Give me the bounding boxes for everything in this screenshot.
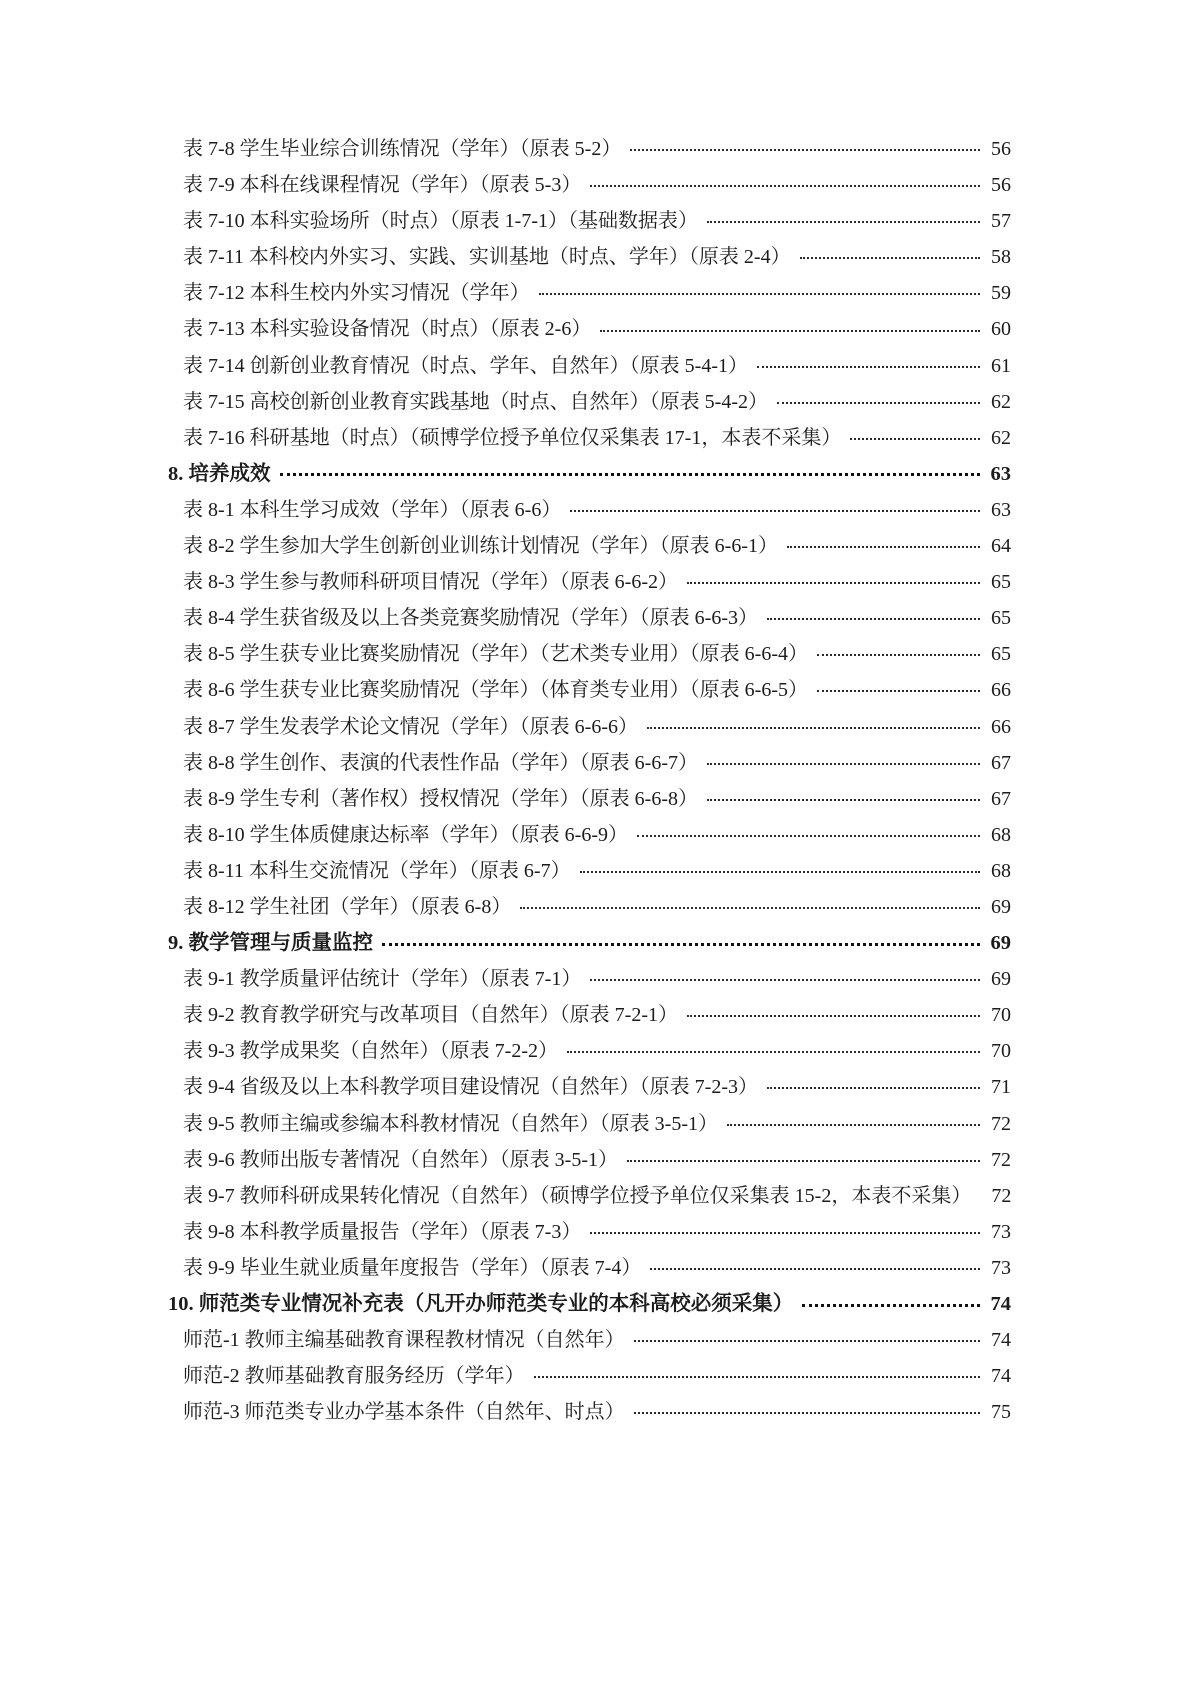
toc-entry: 表 8-4 学生获省级及以上各类竞赛奖励情况（学年）（原表 6-6-3）65 xyxy=(168,600,1011,636)
dot-leader xyxy=(534,1376,980,1378)
dot-leader xyxy=(687,1015,980,1017)
dot-leader xyxy=(727,1124,980,1126)
dot-leader xyxy=(637,835,980,837)
toc-entry-label: 表 7-8 学生毕业综合训练情况（学年）（原表 5-2） xyxy=(183,131,621,167)
toc-entry-label: 表 9-9 毕业生就业质量年度报告（学年）（原表 7-4） xyxy=(183,1250,641,1286)
toc-page-number: 63 xyxy=(987,456,1011,492)
dot-leader xyxy=(382,943,980,946)
dot-leader xyxy=(520,907,980,909)
toc-entry: 表 8-3 学生参与教师科研项目情况（学年）（原表 6-6-2）65 xyxy=(168,564,1011,600)
toc-page-number: 69 xyxy=(987,925,1011,961)
toc-page-number: 72 xyxy=(987,1178,1011,1214)
toc-entry: 表 9-1 教学质量评估统计（学年）（原表 7-1）69 xyxy=(168,961,1011,997)
toc-page-number: 65 xyxy=(987,564,1011,600)
dot-leader xyxy=(817,690,980,692)
dot-leader xyxy=(567,1051,980,1053)
toc-entry-label: 表 8-1 本科生学习成效（学年）（原表 6-6） xyxy=(183,492,561,528)
toc-page-number: 64 xyxy=(987,528,1011,564)
toc-entry: 师范-3 师范类专业办学基本条件（自然年、时点）75 xyxy=(168,1394,1011,1430)
dot-leader xyxy=(580,871,980,873)
dot-leader xyxy=(707,221,980,223)
toc-page-number: 62 xyxy=(987,420,1011,456)
dot-leader xyxy=(757,366,980,368)
toc-entry: 表 7-14 创新创业教育情况（时点、学年、自然年）（原表 5-4-1）61 xyxy=(168,348,1011,384)
toc-page-number: 65 xyxy=(987,636,1011,672)
dot-leader xyxy=(627,1160,980,1162)
dot-leader xyxy=(634,1412,980,1414)
toc-entry-label: 表 9-4 省级及以上本科教学项目建设情况（自然年）（原表 7-2-3） xyxy=(183,1069,758,1105)
toc-entry-label: 表 9-5 教师主编或参编本科教材情况（自然年）（原表 3-5-1） xyxy=(183,1106,718,1142)
toc-entry: 表 7-11 本科校内外实习、实践、实训基地（时点、学年）（原表 2-4）58 xyxy=(168,239,1011,275)
table-of-contents: 表 7-8 学生毕业综合训练情况（学年）（原表 5-2）56表 7-9 本科在线… xyxy=(168,131,1011,1430)
toc-page-number: 60 xyxy=(987,311,1011,347)
dot-leader xyxy=(570,510,980,512)
toc-entry: 表 9-9 毕业生就业质量年度报告（学年）（原表 7-4）73 xyxy=(168,1250,1011,1286)
toc-page-number: 70 xyxy=(987,1033,1011,1069)
toc-entry-label: 表 7-13 本科实验设备情况（时点）（原表 2-6） xyxy=(183,311,591,347)
toc-page-number: 57 xyxy=(987,203,1011,239)
toc-page-number: 74 xyxy=(987,1322,1011,1358)
toc-entry-label: 表 8-6 学生获专业比赛奖励情况（学年）（体育类专业用）（原表 6-6-5） xyxy=(183,672,808,708)
toc-entry: 表 9-4 省级及以上本科教学项目建设情况（自然年）（原表 7-2-3）71 xyxy=(168,1069,1011,1105)
dot-leader xyxy=(707,763,980,765)
toc-page-number: 62 xyxy=(987,384,1011,420)
toc-page-number: 68 xyxy=(987,853,1011,889)
toc-entry: 表 7-15 高校创新创业教育实践基地（时点、自然年）（原表 5-4-2）62 xyxy=(168,384,1011,420)
toc-entry: 表 9-3 教学成果奖（自然年）（原表 7-2-2）70 xyxy=(168,1033,1011,1069)
toc-page-number: 69 xyxy=(987,961,1011,997)
dot-leader xyxy=(817,654,980,656)
toc-entry: 表 8-11 本科生交流情况（学年）（原表 6-7）68 xyxy=(168,853,1011,889)
toc-page-number: 68 xyxy=(987,817,1011,853)
toc-entry: 表 9-8 本科教学质量报告（学年）（原表 7-3）73 xyxy=(168,1214,1011,1250)
toc-entry: 表 8-8 学生创作、表演的代表性作品（学年）（原表 6-6-7）67 xyxy=(168,745,1011,781)
toc-entry: 表 8-10 学生体质健康达标率（学年）（原表 6-6-9）68 xyxy=(168,817,1011,853)
toc-entry-label: 表 8-10 学生体质健康达标率（学年）（原表 6-6-9） xyxy=(183,817,628,853)
toc-entry-label: 表 9-8 本科教学质量报告（学年）（原表 7-3） xyxy=(183,1214,581,1250)
toc-entry: 表 8-1 本科生学习成效（学年）（原表 6-6）63 xyxy=(168,492,1011,528)
toc-entry-label: 表 8-9 学生专利（著作权）授权情况（学年）（原表 6-6-8） xyxy=(183,781,698,817)
toc-entry-label: 表 7-10 本科实验场所（时点）（原表 1-7-1）（基础数据表） xyxy=(183,203,698,239)
toc-section-entry: 10. 师范类专业情况补充表（凡开办师范类专业的本科高校必须采集）74 xyxy=(168,1286,1011,1322)
dot-leader xyxy=(802,1304,980,1307)
toc-entry-label: 师范-2 教师基础教育服务经历（学年） xyxy=(183,1358,525,1394)
dot-leader xyxy=(590,185,980,187)
toc-entry: 表 8-7 学生发表学术论文情况（学年）（原表 6-6-6）66 xyxy=(168,709,1011,745)
toc-entry-label: 表 9-3 教学成果奖（自然年）（原表 7-2-2） xyxy=(183,1033,558,1069)
toc-entry: 表 8-5 学生获专业比赛奖励情况（学年）（艺术类专业用）（原表 6-6-4）6… xyxy=(168,636,1011,672)
toc-entry: 表 7-12 本科生校内外实习情况（学年）59 xyxy=(168,275,1011,311)
toc-page-number: 66 xyxy=(987,709,1011,745)
toc-entry-label: 表 8-2 学生参加大学生创新创业训练计划情况（学年）（原表 6-6-1） xyxy=(183,528,778,564)
toc-entry-label: 表 8-8 学生创作、表演的代表性作品（学年）（原表 6-6-7） xyxy=(183,745,698,781)
toc-entry-label: 表 9-7 教师科研成果转化情况（自然年）（硕博学位授予单位仅采集表 15-2，… xyxy=(183,1178,971,1214)
toc-entry-label: 表 8-4 学生获省级及以上各类竞赛奖励情况（学年）（原表 6-6-3） xyxy=(183,600,758,636)
toc-entry: 表 9-6 教师出版专著情况（自然年）（原表 3-5-1）72 xyxy=(168,1142,1011,1178)
toc-page-number: 56 xyxy=(987,167,1011,203)
toc-entry-label: 表 7-9 本科在线课程情况（学年）（原表 5-3） xyxy=(183,167,581,203)
toc-page-number: 69 xyxy=(987,889,1011,925)
toc-entry-label: 表 9-1 教学质量评估统计（学年）（原表 7-1） xyxy=(183,961,581,997)
toc-page-number: 65 xyxy=(987,600,1011,636)
dot-leader xyxy=(777,402,980,404)
toc-page-number: 73 xyxy=(987,1250,1011,1286)
toc-page-number: 73 xyxy=(987,1214,1011,1250)
toc-page-number: 72 xyxy=(987,1142,1011,1178)
toc-page-number: 67 xyxy=(987,781,1011,817)
toc-entry: 表 7-10 本科实验场所（时点）（原表 1-7-1）（基础数据表）57 xyxy=(168,203,1011,239)
toc-page-number: 58 xyxy=(987,239,1011,275)
dot-leader xyxy=(767,618,980,620)
toc-entry-label: 表 7-14 创新创业教育情况（时点、学年、自然年）（原表 5-4-1） xyxy=(183,348,748,384)
dot-leader xyxy=(800,257,980,259)
toc-entry: 表 7-16 科研基地（时点）（硕博学位授予单位仅采集表 17-1，本表不采集）… xyxy=(168,420,1011,456)
toc-entry: 表 8-12 学生社团（学年）（原表 6-8）69 xyxy=(168,889,1011,925)
toc-entry-label: 8. 培养成效 xyxy=(168,456,271,492)
toc-entry: 表 8-6 学生获专业比赛奖励情况（学年）（体育类专业用）（原表 6-6-5）6… xyxy=(168,672,1011,708)
document-page: 表 7-8 学生毕业综合训练情况（学年）（原表 5-2）56表 7-9 本科在线… xyxy=(0,0,1191,1684)
toc-page-number: 75 xyxy=(987,1394,1011,1430)
toc-page-number: 56 xyxy=(987,131,1011,167)
toc-entry-label: 9. 教学管理与质量监控 xyxy=(168,925,373,961)
toc-section-entry: 9. 教学管理与质量监控69 xyxy=(168,925,1011,961)
toc-entry-label: 表 8-12 学生社团（学年）（原表 6-8） xyxy=(183,889,511,925)
dot-leader xyxy=(647,727,980,729)
toc-page-number: 71 xyxy=(987,1069,1011,1105)
toc-entry-label: 表 8-11 本科生交流情况（学年）（原表 6-7） xyxy=(183,853,571,889)
toc-page-number: 61 xyxy=(987,348,1011,384)
dot-leader xyxy=(590,1232,980,1234)
toc-entry: 表 8-9 学生专利（著作权）授权情况（学年）（原表 6-6-8）67 xyxy=(168,781,1011,817)
dot-leader xyxy=(280,473,981,476)
dot-leader xyxy=(634,1340,980,1342)
toc-entry-label: 表 9-6 教师出版专著情况（自然年）（原表 3-5-1） xyxy=(183,1142,618,1178)
dot-leader xyxy=(650,1268,980,1270)
toc-section-entry: 8. 培养成效63 xyxy=(168,456,1011,492)
toc-entry: 表 9-7 教师科研成果转化情况（自然年）（硕博学位授予单位仅采集表 15-2，… xyxy=(168,1178,1011,1214)
dot-leader xyxy=(687,582,980,584)
dot-leader xyxy=(787,546,980,548)
toc-entry-label: 表 8-7 学生发表学术论文情况（学年）（原表 6-6-6） xyxy=(183,709,638,745)
dot-leader xyxy=(767,1087,980,1089)
toc-entry-label: 师范-3 师范类专业办学基本条件（自然年、时点） xyxy=(183,1394,625,1430)
toc-entry: 表 7-13 本科实验设备情况（时点）（原表 2-6）60 xyxy=(168,311,1011,347)
toc-entry: 师范-1 教师主编基础教育课程教材情况（自然年）74 xyxy=(168,1322,1011,1358)
toc-page-number: 66 xyxy=(987,672,1011,708)
toc-entry: 表 9-2 教育教学研究与改革项目（自然年）（原表 7-2-1）70 xyxy=(168,997,1011,1033)
dot-leader xyxy=(630,149,980,151)
toc-entry-label: 师范-1 教师主编基础教育课程教材情况（自然年） xyxy=(183,1322,625,1358)
toc-entry-label: 表 7-15 高校创新创业教育实践基地（时点、自然年）（原表 5-4-2） xyxy=(183,384,768,420)
dot-leader xyxy=(590,979,980,981)
toc-page-number: 63 xyxy=(987,492,1011,528)
toc-entry-label: 表 8-3 学生参与教师科研项目情况（学年）（原表 6-6-2） xyxy=(183,564,678,600)
toc-entry: 表 8-2 学生参加大学生创新创业训练计划情况（学年）（原表 6-6-1）64 xyxy=(168,528,1011,564)
toc-entry-label: 表 8-5 学生获专业比赛奖励情况（学年）（艺术类专业用）（原表 6-6-4） xyxy=(183,636,808,672)
toc-entry: 师范-2 教师基础教育服务经历（学年）74 xyxy=(168,1358,1011,1394)
toc-entry-label: 表 7-11 本科校内外实习、实践、实训基地（时点、学年）（原表 2-4） xyxy=(183,239,791,275)
toc-page-number: 67 xyxy=(987,745,1011,781)
toc-page-number: 59 xyxy=(987,275,1011,311)
dot-leader xyxy=(850,438,980,440)
toc-entry: 表 7-9 本科在线课程情况（学年）（原表 5-3）56 xyxy=(168,167,1011,203)
toc-entry-label: 表 7-12 本科生校内外实习情况（学年） xyxy=(183,275,530,311)
toc-page-number: 70 xyxy=(987,997,1011,1033)
toc-page-number: 74 xyxy=(987,1286,1011,1322)
toc-page-number: 74 xyxy=(987,1358,1011,1394)
toc-page-number: 72 xyxy=(987,1106,1011,1142)
dot-leader xyxy=(539,293,980,295)
toc-entry-label: 表 9-2 教育教学研究与改革项目（自然年）（原表 7-2-1） xyxy=(183,997,678,1033)
toc-entry: 表 9-5 教师主编或参编本科教材情况（自然年）（原表 3-5-1）72 xyxy=(168,1106,1011,1142)
toc-entry: 表 7-8 学生毕业综合训练情况（学年）（原表 5-2）56 xyxy=(168,131,1011,167)
toc-entry-label: 表 7-16 科研基地（时点）（硕博学位授予单位仅采集表 17-1，本表不采集） xyxy=(183,420,841,456)
dot-leader xyxy=(707,799,980,801)
toc-entry-label: 10. 师范类专业情况补充表（凡开办师范类专业的本科高校必须采集） xyxy=(168,1286,793,1322)
dot-leader xyxy=(600,330,980,332)
